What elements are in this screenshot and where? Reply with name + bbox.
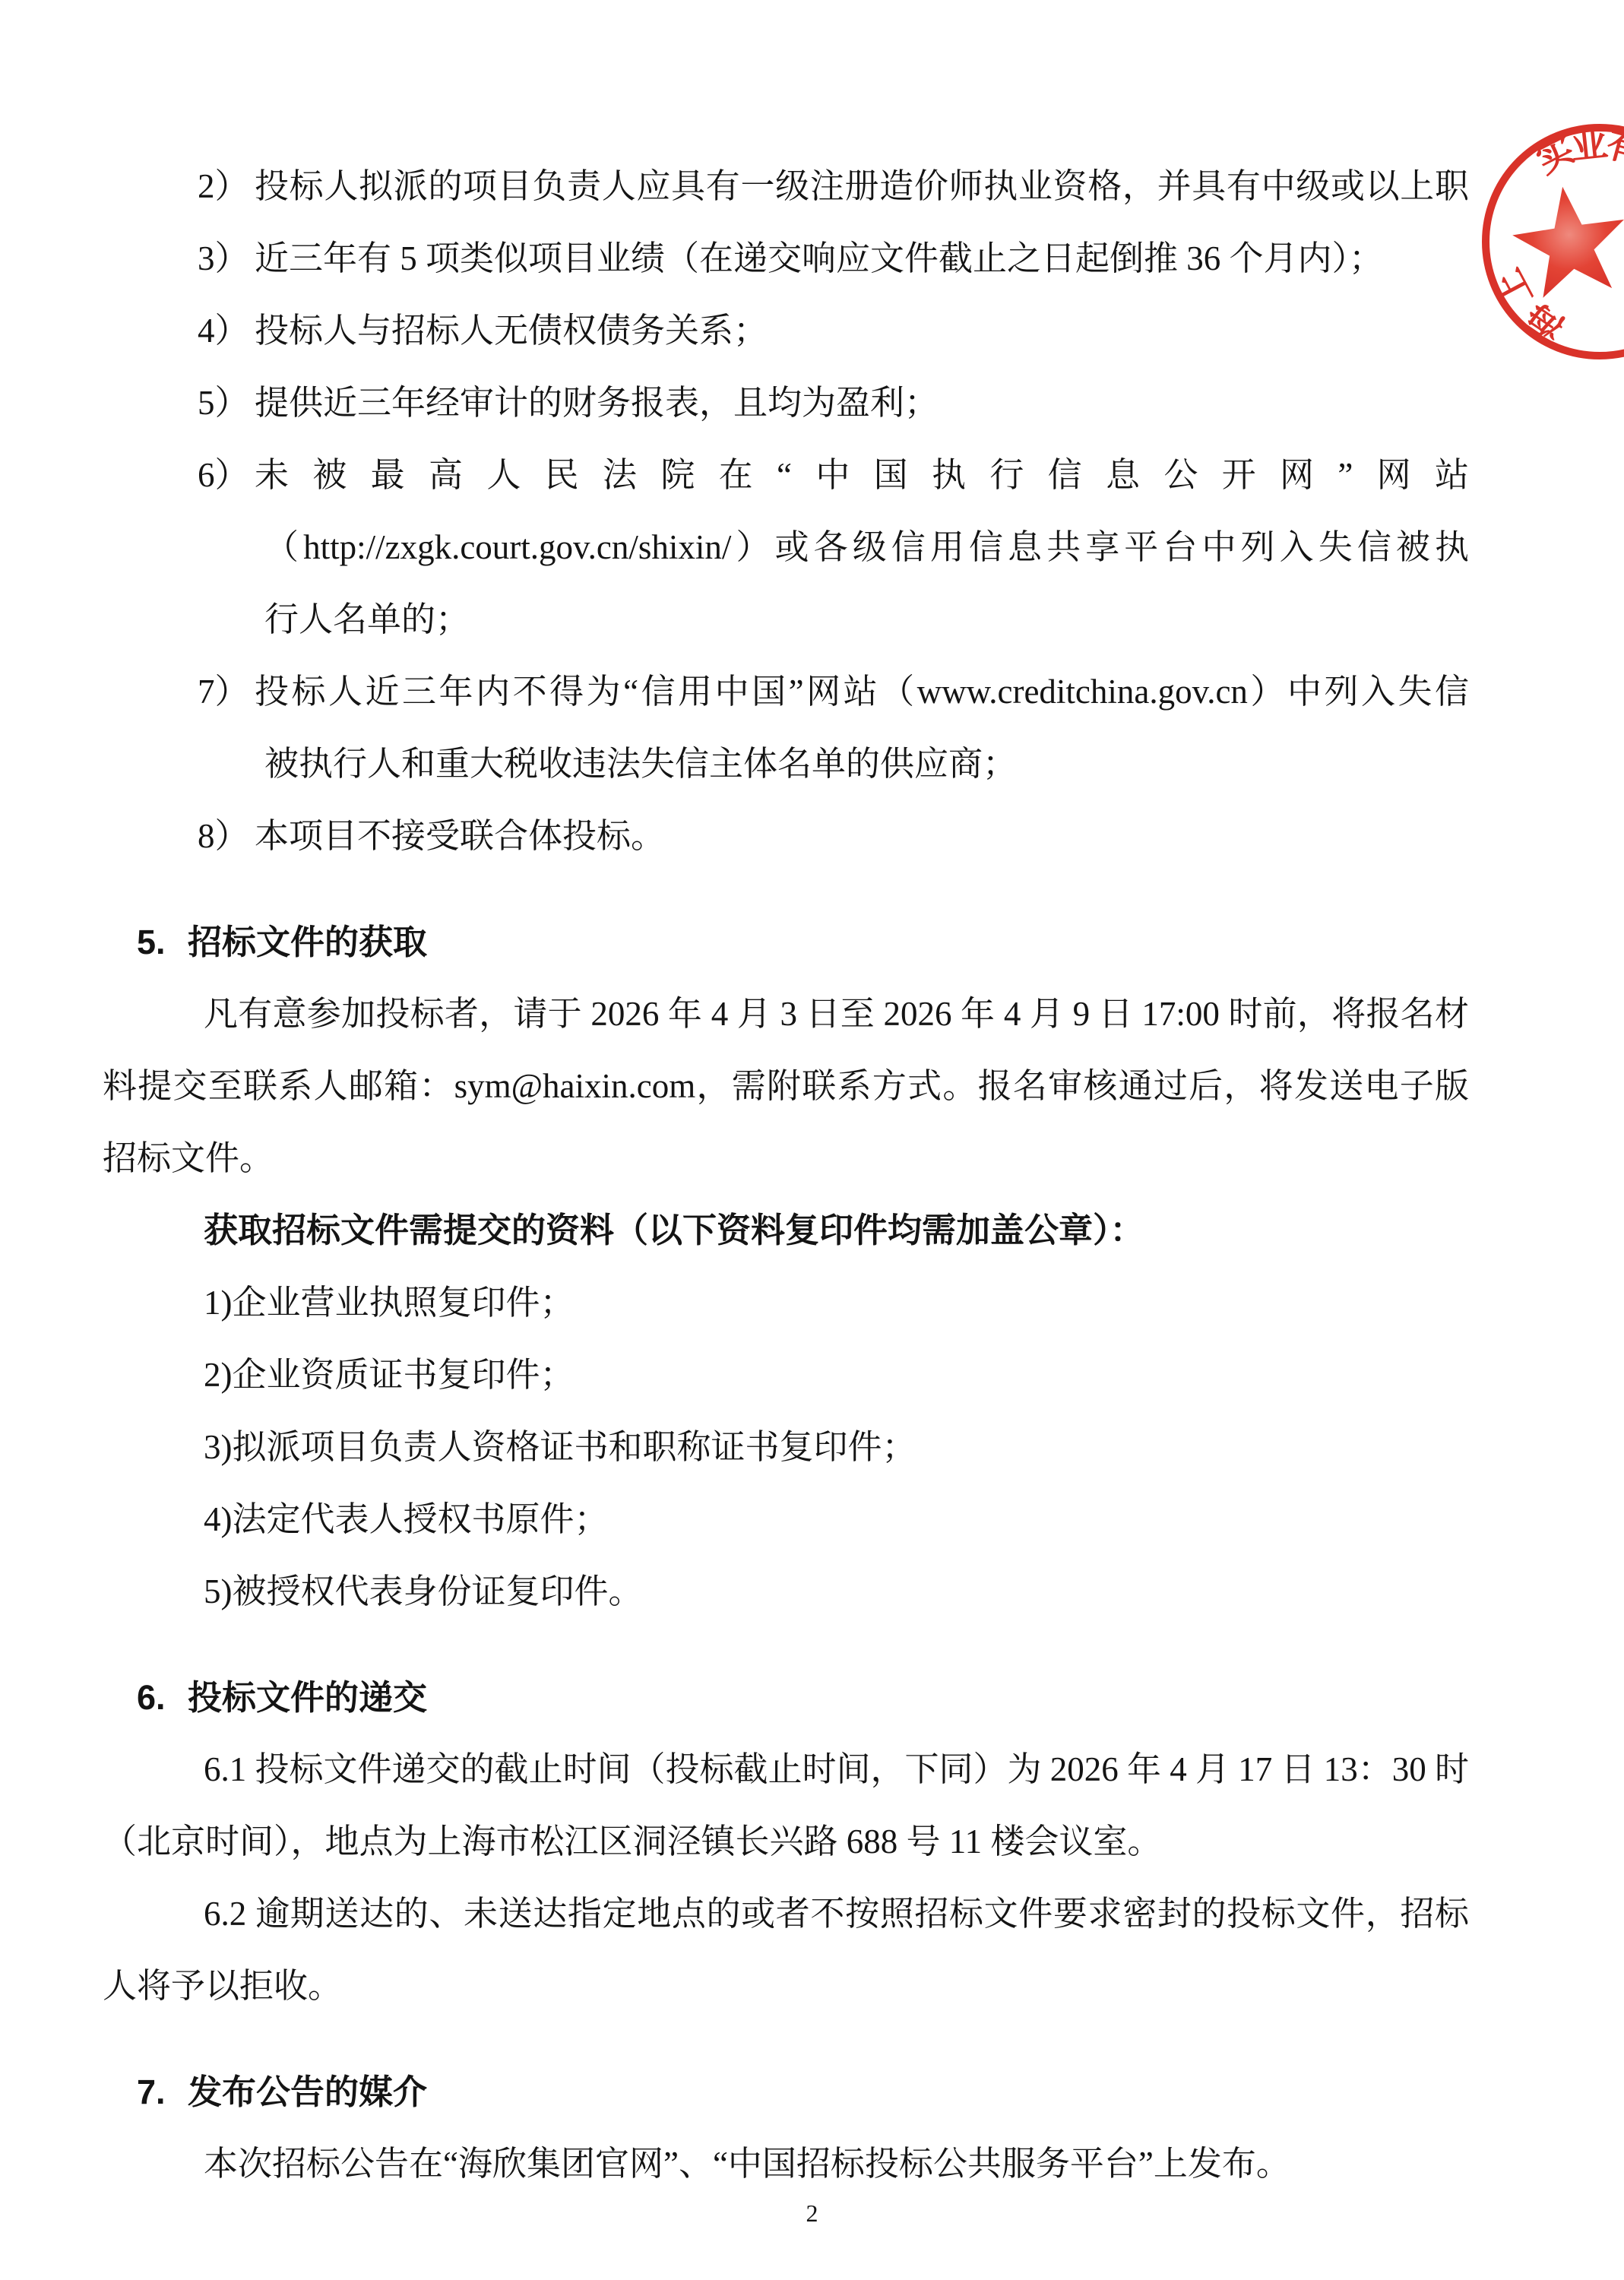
- list-item-number: 8）: [198, 800, 249, 872]
- list-item-text: 未被最高人民法院在“中国执行信息公开网”网站: [255, 456, 1469, 494]
- list-item: 7） 投标人近三年内不得为“信用中国”网站（www.creditchina.go…: [103, 656, 1469, 728]
- list-item-continuation: 被执行人和重大税收违法失信主体名单的供应商；: [103, 728, 1469, 800]
- list-item-number: 5）: [198, 367, 249, 439]
- paragraph-line: （北京时间），地点为上海市松江区洞泾镇长兴路 688 号 11 楼会议室。: [103, 1806, 1469, 1878]
- company-seal: 实 业 有 上 海: [1455, 97, 1624, 386]
- paragraph-line: 人将予以拒收。: [103, 1950, 1469, 2022]
- list-item: 6） 未被最高人民法院在“中国执行信息公开网”网站: [103, 439, 1469, 511]
- section-heading-5: 5. 招标文件的获取: [103, 906, 1469, 978]
- section-number: 6.: [137, 1661, 166, 1734]
- document-page: 实 业 有 上 海 2） 投标人拟派的项目负责人应具有一级注册造价师执业资格，并…: [0, 0, 1624, 2280]
- list-item-number: 4）: [198, 295, 249, 367]
- list-item-number: 6）: [198, 439, 249, 511]
- paragraph-line: 本次招标公告在“海欣集团官网”、“中国招标投标公共服务平台”上发布。: [103, 2128, 1469, 2200]
- list-item-number: 7）: [198, 656, 249, 728]
- section-title: 投标文件的递交: [188, 1678, 427, 1717]
- list-item-continuation: 行人名单的；: [103, 584, 1469, 656]
- list-item-text: 近三年有 5 项类似项目业绩（在递交响应文件截止之日起倒推 36 个月内）；: [255, 239, 1383, 277]
- list-item-text: 投标人拟派的项目负责人应具有一级注册造价师执业资格，并具有中级或以上职称；: [255, 167, 1469, 223]
- paragraph-line: 6.1 投标文件递交的截止时间（投标截止时间，下同）为 2026 年 4 月 1…: [103, 1734, 1469, 1806]
- list-item-text: 提供近三年经审计的财务报表，且均为盈利；: [255, 384, 939, 422]
- list-item-number: 3）: [198, 223, 249, 295]
- document-list-item: 3)拟派项目负责人资格证书和职称证书复印件；: [103, 1411, 1469, 1484]
- section-title: 招标文件的获取: [188, 923, 427, 961]
- paragraph-line: 招标文件。: [103, 1123, 1469, 1195]
- document-list-item: 2)企业资质证书复印件；: [103, 1339, 1469, 1411]
- list-item: 5） 提供近三年经审计的财务报表，且均为盈利；: [103, 367, 1469, 439]
- paragraph-line: 凡有意参加投标者，请于 2026 年 4 月 3 日至 2026 年 4 月 9…: [103, 978, 1469, 1050]
- list-item: 8） 本项目不接受联合体投标。: [103, 800, 1469, 872]
- document-list-item: 4)法定代表人授权书原件；: [103, 1484, 1469, 1556]
- list-item-text: 投标人近三年内不得为“信用中国”网站（www.creditchina.gov.c…: [255, 673, 1469, 711]
- document-content: 2） 投标人拟派的项目负责人应具有一级注册造价师执业资格，并具有中级或以上职称；…: [103, 150, 1469, 2200]
- section-number: 5.: [137, 906, 166, 978]
- list-item-text: 本项目不接受联合体投标。: [255, 817, 665, 855]
- section-heading-7: 7. 发布公告的媒介: [103, 2056, 1469, 2128]
- section-heading-6: 6. 投标文件的递交: [103, 1661, 1469, 1734]
- section-title: 发布公告的媒介: [188, 2073, 427, 2111]
- list-item: 2） 投标人拟派的项目负责人应具有一级注册造价师执业资格，并具有中级或以上职称；: [103, 150, 1469, 223]
- paragraph-line: 料提交至联系人邮箱：sym@haixin.com，需附联系方式。报名审核通过后，…: [103, 1050, 1469, 1123]
- list-item: 3） 近三年有 5 项类似项目业绩（在递交响应文件截止之日起倒推 36 个月内）…: [103, 223, 1469, 295]
- seal-character: 海: [1519, 295, 1572, 349]
- list-item-number: 2）: [198, 150, 249, 223]
- document-list-item: 1)企业营业执照复印件；: [103, 1267, 1469, 1339]
- page-number: 2: [0, 2198, 1624, 2228]
- section-number: 7.: [137, 2056, 166, 2128]
- paragraph-line: 6.2 逾期送达的、未送达指定地点的或者不按照招标文件要求密封的投标文件，招标: [103, 1878, 1469, 1950]
- bold-note-line: 获取招标文件需提交的资料（以下资料复印件均需加盖公章）：: [103, 1195, 1469, 1267]
- seal-character: 上: [1488, 262, 1540, 313]
- list-item: 4） 投标人与招标人无债权债务关系；: [103, 295, 1469, 367]
- document-list-item: 5)被授权代表身份证复印件。: [103, 1556, 1469, 1628]
- list-item-text: 投标人与招标人无债权债务关系；: [255, 312, 768, 350]
- list-item-continuation: （http://zxgk.court.gov.cn/shixin/）或各级信用信…: [103, 511, 1469, 584]
